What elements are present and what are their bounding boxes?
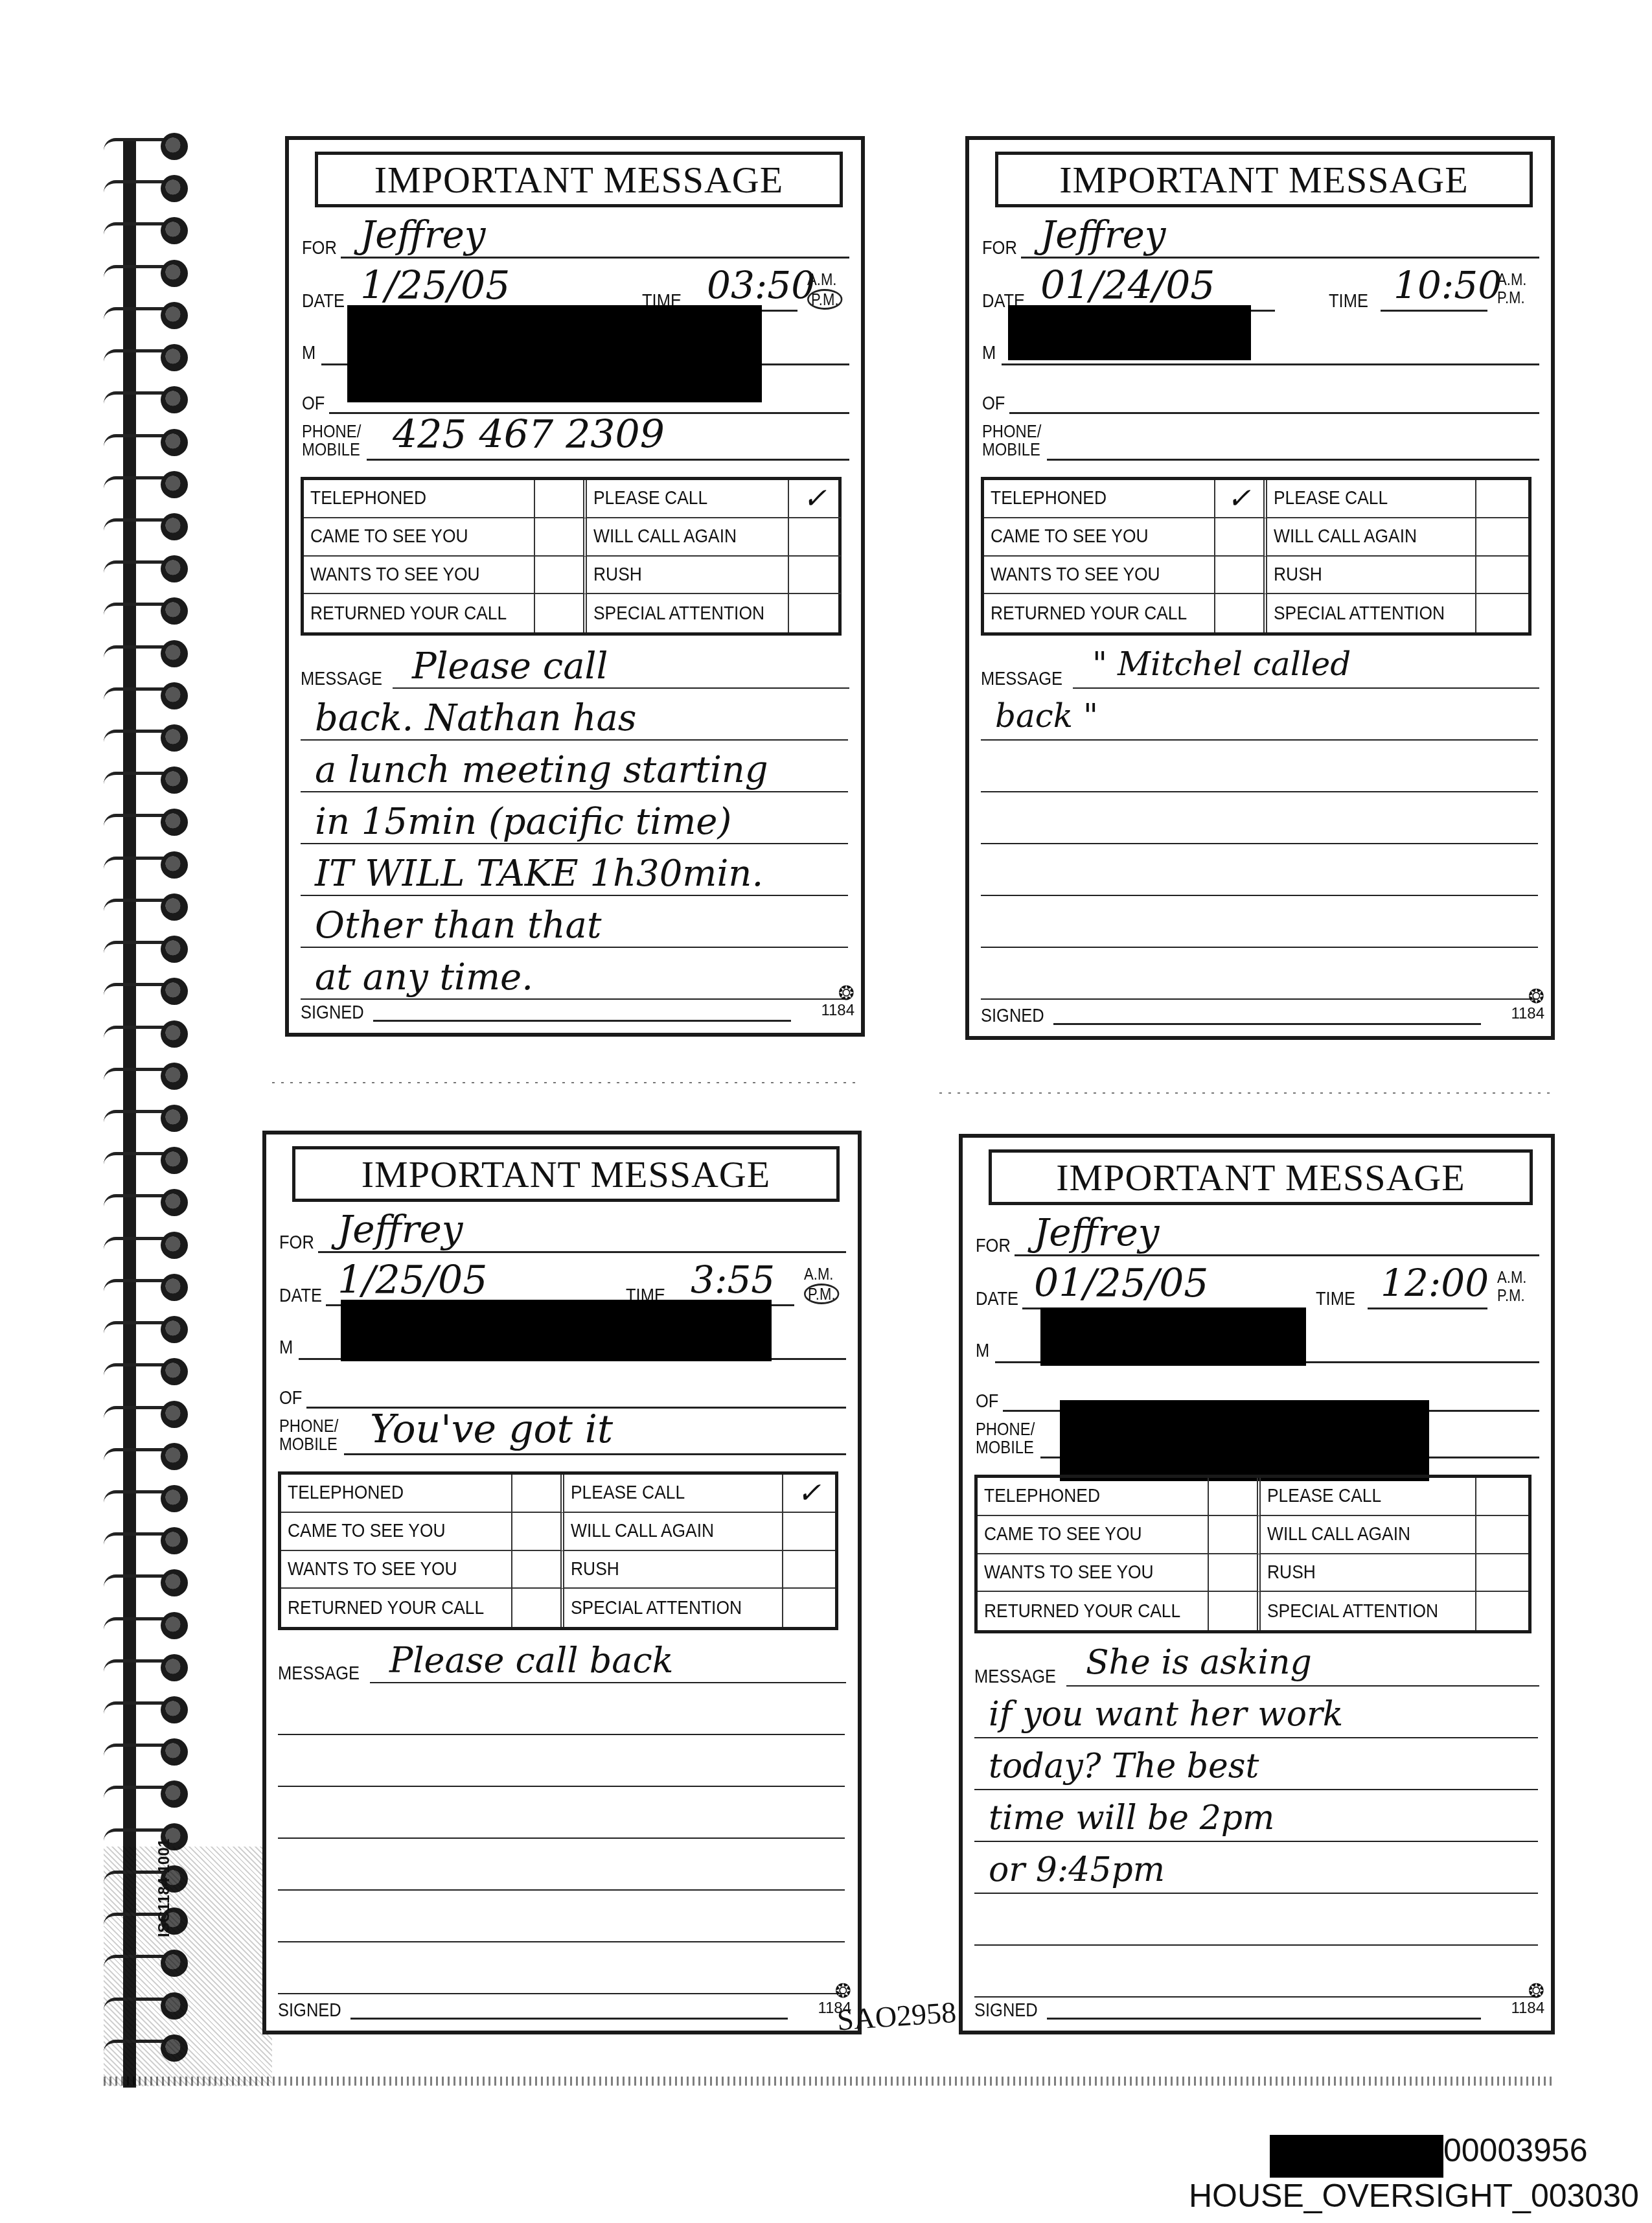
spiral-coil-icon — [104, 260, 227, 305]
checkbox-label-text: WANTS TO SEE YOU — [288, 1558, 457, 1580]
message-label: MESSAGE — [981, 668, 1062, 690]
message-line — [974, 1737, 1538, 1738]
am-label: A.M. — [804, 1265, 833, 1282]
checkbox-rush[interactable] — [1476, 1554, 1528, 1593]
checkbox-label: RUSH — [587, 557, 789, 595]
of-label: OF — [302, 393, 325, 415]
card-title-box: IMPORTANT MESSAGE — [315, 152, 843, 207]
time-line — [1381, 310, 1487, 312]
checkbox-label: WILL CALL AGAIN — [587, 518, 789, 557]
for-label: FOR — [982, 237, 1017, 259]
message-line — [278, 1786, 845, 1787]
checkbox-rush[interactable] — [789, 557, 841, 595]
spiral-coil-icon — [104, 1443, 227, 1488]
of-line — [1009, 412, 1539, 414]
date-value: 1/25/05 — [360, 263, 510, 308]
message-text-line: today? The best — [989, 1747, 1259, 1786]
perforation-line — [272, 1082, 855, 1083]
checkbox-label: PLEASE CALL — [587, 480, 789, 518]
spiral-coil-icon — [104, 1401, 227, 1446]
message-type-checkboxes: TELEPHONEDPLEASE CALL✓CAME TO SEE YOUWIL… — [301, 477, 842, 636]
signed-label: SIGNED — [981, 1005, 1044, 1027]
spiral-coil-icon — [104, 978, 227, 1023]
form-number: ❂1184 — [1511, 1983, 1544, 2017]
message-line — [278, 1837, 845, 1839]
publisher-logo-icon: ❂ — [818, 1983, 851, 2000]
checkbox-will-call-again[interactable] — [1476, 1516, 1528, 1554]
checkbox-rush[interactable] — [1476, 557, 1528, 595]
checkbox-label: RUSH — [564, 1551, 783, 1589]
spiral-coil-icon — [104, 513, 227, 559]
checkbox-label-text: WILL CALL AGAIN — [593, 525, 737, 547]
checkbox-label: SPECIAL ATTENTION — [587, 594, 789, 632]
checkbox-label: WILL CALL AGAIN — [1267, 518, 1476, 557]
spiral-coil-icon — [104, 1147, 227, 1192]
phone-label: PHONE/ — [976, 1420, 1035, 1439]
spiral-coil-icon — [104, 429, 227, 474]
message-text-line: back. Nathan has — [315, 697, 637, 739]
mobile-label: MOBILE — [302, 440, 360, 459]
message-label: MESSAGE — [974, 1666, 1056, 1688]
date-label: DATE — [302, 290, 345, 312]
spiral-coil-icon — [104, 1654, 227, 1699]
checkbox-label: TELEPHONED — [281, 1475, 512, 1513]
spiral-coil-icon — [104, 1358, 227, 1403]
am-label: A.M. — [1497, 1269, 1526, 1285]
message-type-checkboxes: TELEPHONEDPLEASE CALLCAME TO SEE YOUWILL… — [974, 1475, 1532, 1633]
spiral-binding — [104, 133, 233, 2096]
message-card-bottom-left: IMPORTANT MESSAGEFORJeffreyDATE1/25/05TI… — [262, 1131, 862, 2034]
pm-label: P.M. — [804, 1284, 839, 1304]
message-type-checkboxes: TELEPHONEDPLEASE CALL✓CAME TO SEE YOUWIL… — [278, 1471, 838, 1630]
pm-label: P.M. — [807, 289, 842, 310]
checkbox-label-text: WILL CALL AGAIN — [571, 1520, 714, 1542]
phone-line — [1047, 459, 1539, 461]
spiral-coil-icon — [104, 217, 227, 262]
checkbox-label: RUSH — [1261, 1554, 1476, 1593]
message-text-line: if you want her work — [989, 1695, 1343, 1734]
checkbox-wants-to-see-you[interactable] — [535, 557, 587, 595]
date-value: 1/25/05 — [338, 1258, 487, 1303]
bates-stamp: SAO2958 — [836, 1995, 957, 2038]
checkbox-label-text: TELEPHONED — [984, 1485, 1100, 1507]
time-value: 03:50 — [707, 263, 815, 307]
phone-line — [344, 1453, 846, 1455]
mobile-label: MOBILE — [982, 440, 1040, 459]
checkbox-came-to-see-you[interactable] — [512, 1513, 564, 1551]
signed-label: SIGNED — [974, 1999, 1038, 2021]
message-line — [974, 1841, 1538, 1842]
checkbox-special-attention[interactable] — [783, 1589, 835, 1627]
spiral-coil-icon — [104, 1020, 227, 1066]
date-label: DATE — [279, 1285, 322, 1307]
checkbox-label-text: SPECIAL ATTENTION — [1267, 1600, 1438, 1622]
spiral-coil-icon — [104, 1274, 227, 1319]
spiral-coil-icon — [104, 555, 227, 601]
message-line — [301, 791, 848, 792]
checkbox-label: RETURNED YOUR CALL — [978, 1592, 1209, 1630]
message-type-checkboxes: TELEPHONED✓PLEASE CALLCAME TO SEE YOUWIL… — [981, 477, 1532, 636]
checkbox-label-text: RETURNED YOUR CALL — [288, 1597, 484, 1619]
checkbox-label: CAME TO SEE YOU — [304, 518, 535, 557]
spiral-coil-icon — [104, 302, 227, 347]
for-value: Jeffrey — [338, 1207, 463, 1251]
message-line — [981, 998, 1538, 1000]
message-card-top-left: IMPORTANT MESSAGEFORJeffreyDATE1/25/05TI… — [285, 136, 865, 1037]
checkbox-returned-your-call[interactable] — [1215, 594, 1267, 632]
checkbox-telephoned[interactable]: ✓ — [1215, 480, 1267, 518]
am-label: A.M. — [1497, 271, 1526, 288]
checkbox-label: WILL CALL AGAIN — [1261, 1516, 1476, 1554]
signed-line — [373, 1020, 791, 1022]
form-number-text: 1184 — [1511, 1999, 1544, 2017]
message-line — [981, 947, 1538, 948]
date-label: DATE — [976, 1288, 1018, 1310]
checkbox-label: SPECIAL ATTENTION — [1261, 1592, 1476, 1630]
signed-line — [1053, 1023, 1481, 1025]
time-value: 10:50 — [1394, 263, 1502, 307]
checkbox-label-text: CAME TO SEE YOU — [310, 525, 468, 547]
spiral-coil-icon — [104, 809, 227, 854]
redaction-block — [1040, 1307, 1306, 1366]
spiral-coil-icon — [104, 1316, 227, 1361]
card-title: IMPORTANT MESSAGE — [1056, 1156, 1465, 1199]
phone-label: PHONE/ — [279, 1416, 338, 1436]
control-number: 00003956 — [1443, 2132, 1587, 2169]
card-title: IMPORTANT MESSAGE — [361, 1153, 770, 1196]
checkbox-label-text: RUSH — [1274, 564, 1322, 586]
spiral-coil-icon — [104, 1232, 227, 1277]
m-label: M — [976, 1340, 989, 1362]
phone-value: 425 467 2309 — [393, 412, 665, 457]
for-value: Jeffrey — [1034, 1210, 1159, 1254]
checkbox-label-text: WILL CALL AGAIN — [1274, 525, 1417, 547]
checkbox-wants-to-see-you[interactable] — [512, 1551, 564, 1589]
phone-line — [367, 459, 849, 461]
message-line — [278, 1993, 845, 1994]
checkbox-telephoned[interactable] — [535, 480, 587, 518]
time-value: 12:00 — [1381, 1261, 1489, 1305]
checkbox-rush[interactable] — [783, 1551, 835, 1589]
spiral-coil-icon — [104, 471, 227, 516]
spiral-coil-icon — [104, 1612, 227, 1657]
card-title-box: IMPORTANT MESSAGE — [989, 1149, 1533, 1205]
phone-label: PHONE/ — [302, 422, 361, 441]
checkbox-label: RETURNED YOUR CALL — [281, 1589, 512, 1627]
signed-label: SIGNED — [301, 1002, 364, 1024]
checkbox-label-text: WANTS TO SEE YOU — [310, 564, 480, 586]
checkbox-special-attention[interactable] — [1476, 594, 1528, 632]
checkbox-will-call-again[interactable] — [783, 1513, 835, 1551]
card-title-box: IMPORTANT MESSAGE — [995, 152, 1533, 207]
checkbox-label: PLEASE CALL — [1267, 480, 1476, 518]
checkbox-label-text: RETURNED YOUR CALL — [310, 603, 507, 625]
message-line — [393, 687, 849, 689]
for-value: Jeffrey — [1040, 213, 1165, 257]
message-line — [981, 791, 1538, 792]
checkbox-label-text: WANTS TO SEE YOU — [984, 1561, 1154, 1584]
checkbox-label: CAME TO SEE YOU — [984, 518, 1215, 557]
for-line — [1021, 257, 1539, 259]
checkbox-label: PLEASE CALL — [1261, 1478, 1476, 1516]
spiral-coil-icon — [104, 1696, 227, 1742]
checkbox-label: RETURNED YOUR CALL — [984, 594, 1215, 632]
checkbox-label-text: SPECIAL ATTENTION — [1274, 603, 1445, 625]
message-line — [301, 998, 848, 1000]
checkbox-label-text: PLEASE CALL — [1274, 487, 1388, 509]
message-line — [1073, 687, 1539, 689]
of-label: OF — [976, 1390, 998, 1412]
for-line — [318, 1251, 846, 1253]
card-title: IMPORTANT MESSAGE — [1059, 158, 1468, 202]
checkbox-label: RETURNED YOUR CALL — [304, 594, 535, 632]
redaction-block — [1060, 1400, 1429, 1481]
pm-label: P.M. — [1497, 289, 1525, 306]
checkbox-label-text: PLEASE CALL — [571, 1482, 685, 1504]
checkbox-label-text: TELEPHONED — [310, 487, 426, 509]
for-label: FOR — [976, 1235, 1011, 1257]
checkbox-label-text: RUSH — [571, 1558, 619, 1580]
message-text-line: at any time. — [315, 956, 533, 998]
spiral-coil-icon — [104, 1063, 227, 1108]
message-line — [981, 843, 1538, 844]
checkbox-label-text: RUSH — [1267, 1561, 1316, 1584]
message-text-line: back " — [995, 697, 1098, 735]
checkbox-label-text: RETURNED YOUR CALL — [984, 1600, 1180, 1622]
message-line — [278, 1941, 845, 1942]
redaction-block — [1008, 305, 1251, 360]
checkbox-label-text: SPECIAL ATTENTION — [593, 603, 764, 625]
message-label: MESSAGE — [301, 668, 382, 690]
checkbox-came-to-see-you[interactable] — [535, 518, 587, 557]
form-number: ❂1184 — [821, 985, 855, 1019]
checkbox-label-text: TELEPHONED — [991, 487, 1107, 509]
message-line — [1066, 1685, 1539, 1687]
checkbox-came-to-see-you[interactable] — [1215, 518, 1267, 557]
card-title-box: IMPORTANT MESSAGE — [292, 1146, 840, 1202]
spiral-coil-icon — [104, 133, 227, 178]
checkbox-label: WANTS TO SEE YOU — [281, 1551, 512, 1589]
spiral-coil-icon — [104, 1527, 227, 1572]
message-card-bottom-right: IMPORTANT MESSAGEFORJeffreyDATE01/25/05T… — [959, 1134, 1555, 2034]
message-line — [301, 895, 848, 896]
checkbox-label: CAME TO SEE YOU — [978, 1516, 1209, 1554]
message-text-line: Other than that — [315, 904, 601, 947]
time-label: TIME — [1329, 290, 1368, 312]
phone-value: You've got it — [370, 1407, 613, 1452]
checkbox-label: WILL CALL AGAIN — [564, 1513, 783, 1551]
m-label: M — [302, 342, 315, 364]
checkbox-please-call[interactable] — [1476, 1478, 1528, 1516]
checkbox-returned-your-call[interactable] — [535, 594, 587, 632]
perforation-line — [939, 1092, 1555, 1094]
spiral-coil-icon — [104, 597, 227, 643]
checkbox-label-text: PLEASE CALL — [593, 487, 707, 509]
checkbox-will-call-again[interactable] — [1476, 518, 1528, 557]
time-line — [1368, 1307, 1487, 1309]
form-number: ❂1184 — [1511, 989, 1544, 1022]
spiral-coil-icon — [104, 1189, 227, 1234]
checkbox-label-text: SPECIAL ATTENTION — [571, 1597, 742, 1619]
of-label: OF — [279, 1387, 302, 1409]
spiral-coil-icon — [104, 1569, 227, 1615]
spiral-coil-icon — [104, 724, 227, 770]
page-bottom-edge — [104, 2077, 1555, 2086]
checkbox-label-text: PLEASE CALL — [1267, 1485, 1381, 1507]
spiral-coil-icon — [104, 936, 227, 981]
mobile-label: MOBILE — [279, 1434, 338, 1454]
checkbox-label: TELEPHONED — [304, 480, 535, 518]
spiral-coil-icon — [104, 682, 227, 728]
message-line — [981, 739, 1538, 741]
checkbox-please-call[interactable] — [1476, 480, 1528, 518]
message-label: MESSAGE — [278, 1663, 360, 1685]
redaction-block — [1270, 2135, 1443, 2178]
bates-number: HOUSE_OVERSIGHT_003030 — [1189, 2177, 1639, 2215]
checkbox-telephoned[interactable] — [1209, 1478, 1261, 1516]
message-line — [974, 1996, 1538, 1998]
checkbox-label-text: RUSH — [593, 564, 642, 586]
time-value: 3:55 — [691, 1258, 775, 1302]
message-text-line: " Mitchel called — [1092, 645, 1351, 683]
spiral-coil-icon — [104, 893, 227, 939]
message-line — [370, 1682, 846, 1683]
checkbox-please-call[interactable]: ✓ — [783, 1475, 835, 1513]
message-text-line: She is asking — [1086, 1643, 1312, 1682]
checkbox-wants-to-see-you[interactable] — [1215, 557, 1267, 595]
checkbox-label: RUSH — [1267, 557, 1476, 595]
for-label: FOR — [279, 1232, 314, 1254]
checkbox-label-text: CAME TO SEE YOU — [984, 1523, 1142, 1545]
form-number-text: 1184 — [821, 1002, 855, 1019]
checkbox-label: PLEASE CALL — [564, 1475, 783, 1513]
message-text-line: or 9:45pm — [989, 1850, 1165, 1889]
checkbox-label-text: CAME TO SEE YOU — [288, 1520, 446, 1542]
form-number-text: 1184 — [1511, 1005, 1544, 1022]
spiral-coil-icon — [104, 851, 227, 897]
spiral-coil-icon — [104, 1105, 227, 1150]
message-text-line: IT WILL TAKE 1h30min. — [315, 853, 763, 895]
spiral-coil-icon — [104, 1738, 227, 1784]
card-title: IMPORTANT MESSAGE — [374, 158, 783, 202]
checkbox-label: TELEPHONED — [984, 480, 1215, 518]
signed-label: SIGNED — [278, 1999, 341, 2021]
side-form-code: ISC1184 1001 — [155, 1839, 174, 1937]
spiral-coil-icon — [104, 1780, 227, 1826]
spiral-coil-icon — [104, 640, 227, 685]
message-text-line: Please call back — [389, 1640, 673, 1681]
checkbox-label: TELEPHONED — [978, 1478, 1209, 1516]
binding-shadow — [104, 1847, 272, 2086]
spiral-coil-icon — [104, 766, 227, 812]
am-label: A.M. — [807, 271, 836, 288]
message-line — [974, 1944, 1538, 1946]
checkbox-label-text: RETURNED YOUR CALL — [991, 603, 1187, 625]
message-line — [278, 1889, 845, 1891]
checkbox-label: SPECIAL ATTENTION — [1267, 594, 1476, 632]
publisher-logo-icon: ❂ — [821, 985, 855, 1002]
m-label: M — [982, 342, 996, 364]
checkbox-label: WANTS TO SEE YOU — [978, 1554, 1209, 1593]
checkbox-returned-your-call[interactable] — [1209, 1592, 1261, 1630]
date-value: 01/25/05 — [1034, 1261, 1208, 1306]
for-line — [1015, 1254, 1539, 1256]
message-line — [974, 1789, 1538, 1790]
message-card-top-right: IMPORTANT MESSAGEFORJeffreyDATE01/24/05T… — [965, 136, 1555, 1040]
signed-line — [1047, 2018, 1481, 2020]
checkbox-label-text: CAME TO SEE YOU — [991, 525, 1149, 547]
message-text-line: in 15min (pacific time) — [315, 801, 731, 843]
checkbox-will-call-again[interactable] — [789, 518, 841, 557]
time-label: TIME — [1316, 1288, 1355, 1310]
pm-label: P.M. — [1497, 1287, 1525, 1304]
for-line — [341, 257, 849, 259]
publisher-logo-icon: ❂ — [1511, 989, 1544, 1006]
checkbox-label: SPECIAL ATTENTION — [564, 1589, 783, 1627]
for-value: Jeffrey — [360, 213, 485, 257]
message-text-line: Please call — [412, 645, 608, 687]
checkbox-label-text: WANTS TO SEE YOU — [991, 564, 1160, 586]
spiral-coil-icon — [104, 386, 227, 432]
checkbox-label-text: TELEPHONED — [288, 1482, 404, 1504]
checkbox-label: WANTS TO SEE YOU — [984, 557, 1215, 595]
checkbox-label-text: WILL CALL AGAIN — [1267, 1523, 1410, 1545]
m-label: M — [279, 1337, 293, 1359]
message-line — [301, 739, 848, 741]
message-line — [981, 895, 1538, 896]
message-line — [278, 1734, 845, 1735]
message-line — [974, 1893, 1538, 1894]
of-label: OF — [982, 393, 1005, 415]
checkbox-returned-your-call[interactable] — [512, 1589, 564, 1627]
for-label: FOR — [302, 237, 337, 259]
checkbox-telephoned[interactable] — [512, 1475, 564, 1513]
spiral-coil-icon — [104, 344, 227, 389]
signed-line — [350, 2018, 788, 2020]
checkbox-please-call[interactable]: ✓ — [789, 480, 841, 518]
checkbox-special-attention[interactable] — [789, 594, 841, 632]
checkbox-came-to-see-you[interactable] — [1209, 1516, 1261, 1554]
message-line — [301, 947, 848, 948]
date-value: 01/24/05 — [1040, 263, 1215, 308]
m-line — [1002, 363, 1539, 365]
message-text-line: time will be 2pm — [989, 1799, 1274, 1837]
message-line — [301, 843, 848, 844]
spiral-coil-icon — [104, 175, 227, 220]
mobile-label: MOBILE — [976, 1438, 1034, 1457]
redaction-block — [347, 305, 762, 402]
checkbox-label: WANTS TO SEE YOU — [304, 557, 535, 595]
checkbox-label: CAME TO SEE YOU — [281, 1513, 512, 1551]
checkbox-special-attention[interactable] — [1476, 1592, 1528, 1630]
message-text-line: a lunch meeting starting — [315, 749, 768, 791]
spiral-coil-icon — [104, 1485, 227, 1530]
redaction-block — [341, 1300, 772, 1361]
publisher-logo-icon: ❂ — [1511, 1983, 1544, 2000]
phone-label: PHONE/ — [982, 422, 1041, 441]
checkbox-wants-to-see-you[interactable] — [1209, 1554, 1261, 1593]
